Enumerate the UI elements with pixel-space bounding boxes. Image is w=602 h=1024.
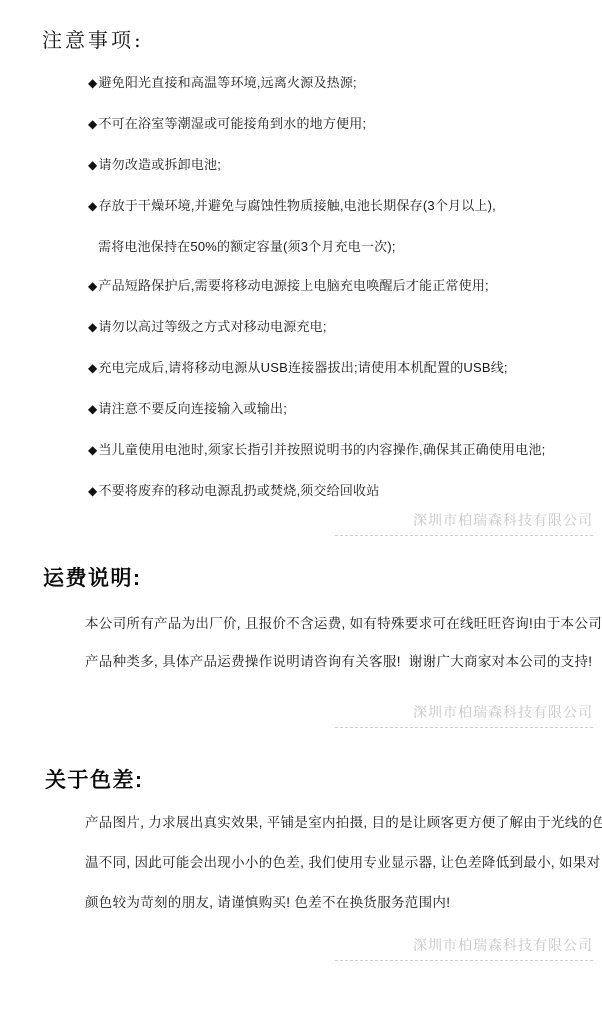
note-text: 需将电池保持在50%的额定容量(须3个月充电一次); [98,239,396,254]
diamond-bullet-icon: ◆ [88,484,97,498]
color-difference-text-line: 产品图片, 力求展出真实效果, 平铺是室内拍摄, 目的是让顾客更方便了解由于光线… [85,814,602,831]
note-item: ◆不要将废弃的移动电源乱扔或焚烧,须交给回收站 [88,482,545,500]
notes-section-title: 注意事项: [42,24,144,53]
color-difference-section-title: 关于色差: [45,764,144,794]
note-item: ◆充电完成后,请将移动电源从USB连接器拔出;请使用本机配置的USB线; [88,359,545,377]
shipping-text-line: 产品种类多, 具体产品运费操作说明请咨询有关客服! 谢谢广大商家对本公司的支持! [85,653,602,670]
color-difference-paragraph: 产品图片, 力求展出真实效果, 平铺是室内拍摄, 目的是让顾客更方便了解由于光线… [85,814,602,934]
shipping-section-title: 运费说明: [43,562,142,592]
note-text: 当儿童使用电池时,须家长指引并按照说明书的内容操作,确保其正确使用电池; [98,442,545,457]
color-difference-text-line: 温不同, 因此可能会出现小小的色差, 我们使用专业显示器, 让色差降低到最小, … [85,854,602,871]
note-text: 不要将废弃的移动电源乱扔或焚烧,须交给回收站 [98,483,379,498]
diamond-bullet-icon: ◆ [88,158,97,172]
note-text: 避免阳光直接和高温等环境,远离火源及热源; [98,75,356,90]
diamond-bullet-icon: ◆ [88,117,97,131]
company-watermark: 深圳市柏瑞森科技有限公司 [335,935,593,961]
note-item: ◆当儿童使用电池时,须家长指引并按照说明书的内容操作,确保其正确使用电池; [88,441,545,459]
note-text: 充电完成后,请将移动电源从USB连接器拔出;请使用本机配置的USB线; [98,360,507,375]
diamond-bullet-icon: ◆ [88,279,97,293]
diamond-bullet-icon: ◆ [88,402,97,416]
note-item: ◆产品短路保护后,需要将移动电源接上电脑充电唤醒后才能正常使用; [88,277,545,295]
company-watermark: 深圳市柏瑞森科技有限公司 [335,702,593,728]
note-item: ◆请注意不要反向连接输入或输出; [88,400,545,418]
note-text: 请勿以高过等级之方式对移动电源充电; [98,319,326,334]
notes-list: ◆避免阳光直接和高温等环境,远离火源及热源; ◆不可在浴室等潮湿或可能接角到水的… [88,74,545,523]
shipping-paragraph: 本公司所有产品为出厂价, 且报价不含运费, 如有特殊要求可在线旺旺咨询!由于本公… [85,615,602,691]
product-notice-page: 注意事项: ◆避免阳光直接和高温等环境,远离火源及热源; ◆不可在浴室等潮湿或可… [0,0,602,1024]
note-text: 不可在浴室等潮湿或可能接角到水的地方便用; [98,116,366,131]
company-watermark: 深圳市柏瑞森科技有限公司 [335,510,593,536]
note-text: 产品短路保护后,需要将移动电源接上电脑充电唤醒后才能正常使用; [98,278,488,293]
note-item: ◆避免阳光直接和高温等环境,远离火源及热源; [88,74,545,92]
note-item-continuation: 需将电池保持在50%的额定容量(须3个月充电一次); [98,238,545,255]
note-item: ◆请勿改造或拆卸电池; [88,156,545,174]
note-text: 请勿改造或拆卸电池; [98,157,221,172]
diamond-bullet-icon: ◆ [88,443,97,457]
note-item: ◆请勿以高过等级之方式对移动电源充电; [88,318,545,336]
shipping-text-line: 本公司所有产品为出厂价, 且报价不含运费, 如有特殊要求可在线旺旺咨询!由于本公… [85,615,602,632]
note-item: ◆存放于干燥环境,并避免与腐蚀性物质接触,电池长期保存(3个月以上), [88,197,545,215]
diamond-bullet-icon: ◆ [88,199,97,213]
color-difference-text-line: 颜色较为苛刻的朋友, 请谨慎购买! 色差不在换货服务范围内! [85,894,602,911]
diamond-bullet-icon: ◆ [88,76,97,90]
note-text: 存放于干燥环境,并避免与腐蚀性物质接触,电池长期保存(3个月以上), [98,198,496,213]
diamond-bullet-icon: ◆ [88,361,97,375]
note-item: ◆不可在浴室等潮湿或可能接角到水的地方便用; [88,115,545,133]
diamond-bullet-icon: ◆ [88,320,97,334]
note-text: 请注意不要反向连接输入或输出; [98,401,287,416]
